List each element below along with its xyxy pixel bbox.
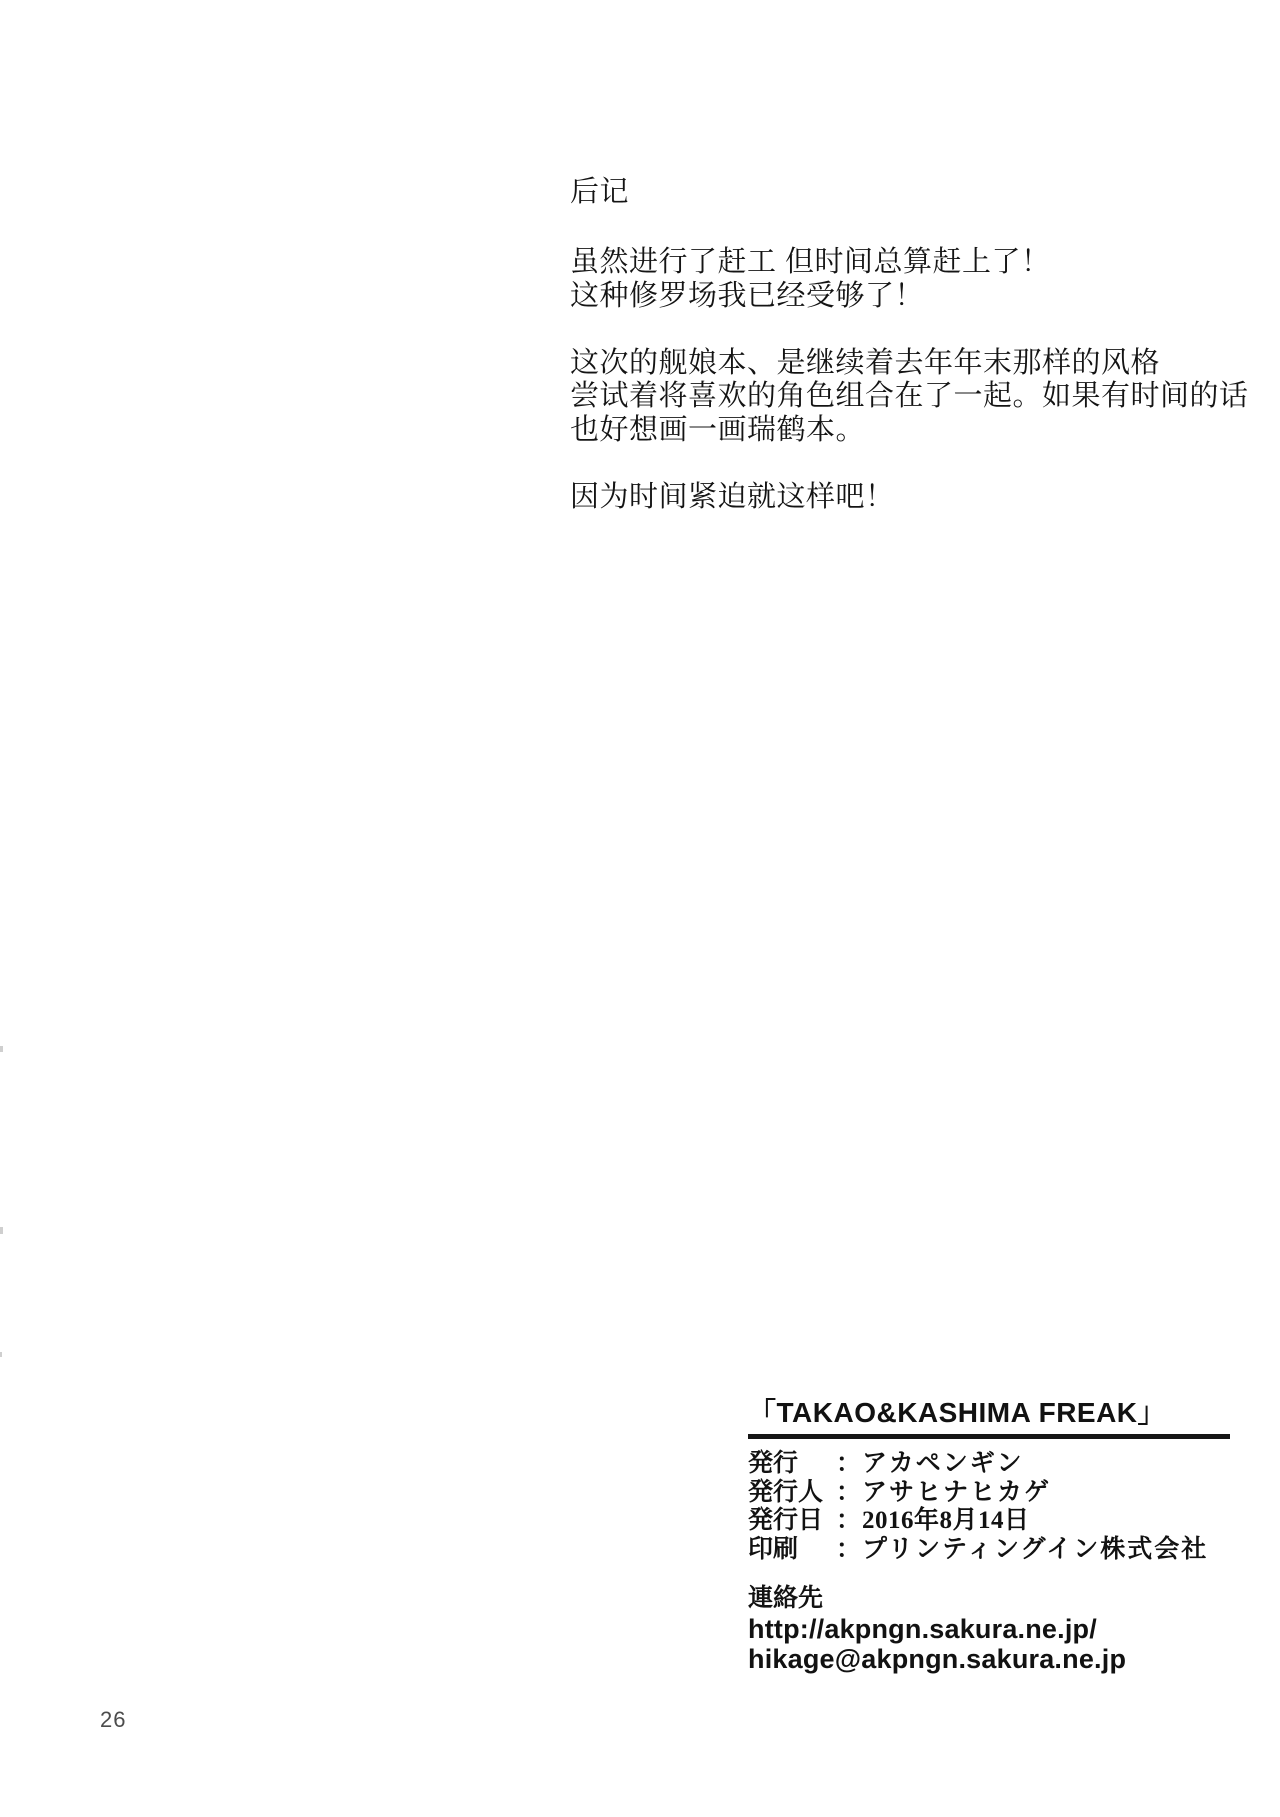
colophon: 「TAKAO&KASHIMA FREAK」 発行 ： アカペンギン 発行人 ： … bbox=[748, 1398, 1248, 1674]
page-number: 26 bbox=[100, 1708, 126, 1732]
row-colon: ： bbox=[836, 1479, 862, 1508]
contact-email: hikage@akpngn.sakura.ne.jp bbox=[748, 1644, 1248, 1674]
afterword-text: 虽然进行了赶工 但时间总算赶上了！ 这种修罗场我已经受够了！ 这次的舰娘本、是继… bbox=[570, 246, 1249, 514]
contact-url: http://akpngn.sakura.ne.jp/ bbox=[748, 1614, 1248, 1644]
scan-artifact bbox=[0, 1352, 2, 1357]
row-value: アカペンギン bbox=[862, 1450, 1024, 1479]
contact-heading: 連絡先 bbox=[748, 1585, 1248, 1614]
book-title: 「TAKAO&KASHIMA FREAK」 bbox=[748, 1398, 1248, 1428]
row-colon: ： bbox=[836, 1507, 862, 1536]
scan-artifact bbox=[0, 1227, 3, 1234]
row-label: 発行人 bbox=[748, 1479, 836, 1508]
colophon-row-issuer: 発行人 ： アサヒナヒカゲ bbox=[748, 1479, 1248, 1508]
scan-artifact bbox=[0, 1046, 3, 1052]
row-label: 発行 bbox=[748, 1450, 836, 1479]
colophon-row-date: 発行日 ： 2016年8月14日 bbox=[748, 1507, 1248, 1536]
row-value: プリンティングイン株式会社 bbox=[862, 1536, 1208, 1565]
row-value: アサヒナヒカゲ bbox=[862, 1479, 1051, 1508]
row-colon: ： bbox=[836, 1450, 862, 1479]
divider-rule bbox=[748, 1434, 1230, 1439]
row-value: 2016年8月14日 bbox=[862, 1507, 1030, 1536]
scanned-afterword-page: 后记 虽然进行了赶工 但时间总算赶上了！ 这种修罗场我已经受够了！ 这次的舰娘本… bbox=[0, 0, 1280, 1817]
row-label: 発行日 bbox=[748, 1507, 836, 1536]
afterword-heading: 后记 bbox=[570, 176, 629, 210]
row-colon: ： bbox=[836, 1536, 862, 1565]
colophon-row-printer: 印刷 ： プリンティングイン株式会社 bbox=[748, 1536, 1248, 1565]
colophon-row-publisher: 発行 ： アカペンギン bbox=[748, 1450, 1248, 1479]
row-label: 印刷 bbox=[748, 1536, 836, 1565]
